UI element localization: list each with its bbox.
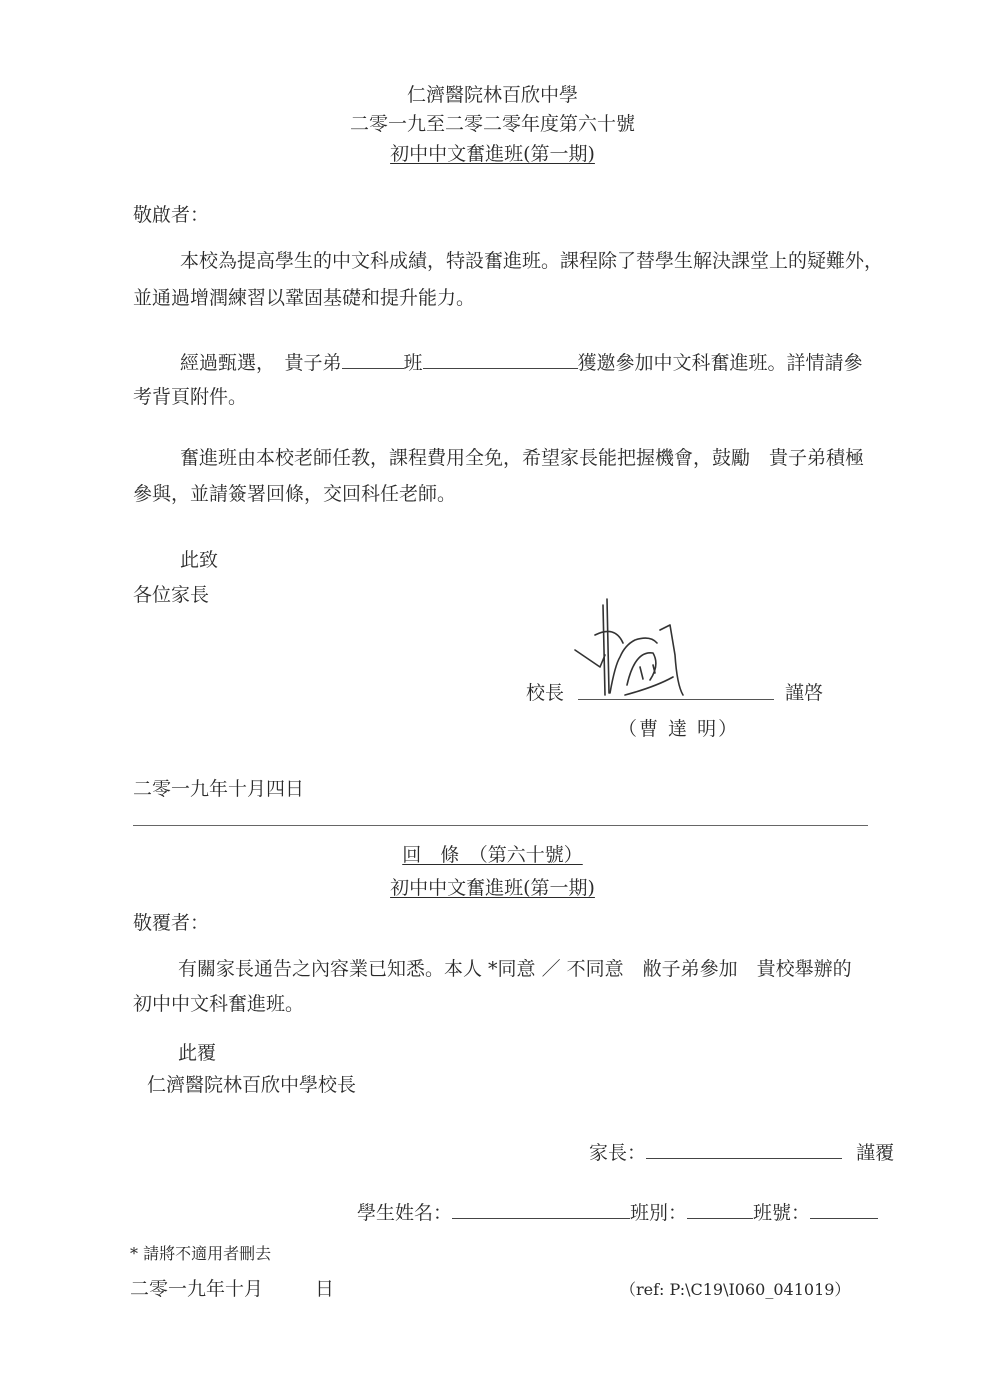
section-divider xyxy=(133,825,868,826)
notice-title-text: 初中中文奮進班(第一期) xyxy=(390,143,595,165)
letter-closing: 此致 xyxy=(180,549,218,571)
class-blank xyxy=(342,350,404,369)
student-name-field[interactable] xyxy=(452,1200,630,1219)
student-info-row: 學生姓名：班別：班號： xyxy=(357,1200,878,1224)
paragraph3-line2: 參與，並請簽署回條，交回科任老師。 xyxy=(133,483,456,505)
class-label: 班 xyxy=(404,352,423,374)
paragraph1-line1: 本校為提高學生的中文科成績，特設奮進班。課程除了替學生解決課堂上的疑難外， xyxy=(180,250,883,272)
reference-code: （ref: P:\C19\I060_041019） xyxy=(620,1277,850,1300)
reply-date-day: 日 xyxy=(315,1278,334,1300)
paragraph3-line1: 奮進班由本校老師任教，課程費用全免，希望家長能把握機會，鼓勵 貴子弟積極 xyxy=(180,447,864,469)
reply-closing: 此覆 xyxy=(178,1042,216,1064)
class-label: 班別： xyxy=(630,1202,687,1224)
reply-slip-subtitle-text: 初中中文奮進班(第一期) xyxy=(390,877,595,899)
reply-body-line2: 初中中文科奮進班。 xyxy=(133,993,304,1015)
notice-number: 二零一九至二零二零年度第六十號 xyxy=(0,113,985,135)
letter-date: 二零一九年十月四日 xyxy=(133,778,304,800)
paragraph2-part2: 獲邀參加中文科奮進班。詳情請參 xyxy=(578,352,863,374)
reply-body-line1: 有關家長通告之內容業已知悉。本人 *同意 ／ 不同意 敝子弟參加 貴校舉辦的 xyxy=(178,958,852,980)
reply-date: 二零一九年十月日 xyxy=(130,1278,334,1300)
parent-label: 家長： xyxy=(589,1142,646,1164)
paragraph2-line2: 考背頁附件。 xyxy=(133,386,247,408)
student-name-label: 學生姓名： xyxy=(357,1202,452,1224)
paragraph1-line2: 並通過增潤練習以鞏固基礎和提升能力。 xyxy=(133,287,475,309)
principal-closing: 謹啓 xyxy=(785,682,823,704)
school-name: 仁濟醫院林百欣中學 xyxy=(0,84,985,106)
class-field[interactable] xyxy=(687,1200,753,1219)
class-number-field[interactable] xyxy=(810,1200,878,1219)
reply-salutation: 敬覆者： xyxy=(133,912,209,934)
parent-closing: 謹覆 xyxy=(856,1142,894,1164)
reply-recipient: 仁濟醫院林百欣中學校長 xyxy=(147,1074,356,1096)
paragraph2-line1: 經過甄選， 貴子弟班獲邀參加中文科奮進班。詳情請參 xyxy=(180,350,863,374)
principal-name: （曹 達 明） xyxy=(618,718,739,740)
letter-salutation: 敬啟者： xyxy=(133,204,209,226)
principal-label: 校長 xyxy=(526,682,564,704)
letter-recipient: 各位家長 xyxy=(133,584,209,606)
footnote: * 請將不適用者刪去 xyxy=(130,1241,271,1264)
reply-slip-title: 回 條 （第六十號） xyxy=(0,844,985,866)
principal-signature-icon xyxy=(565,595,725,705)
parent-signature-field[interactable] xyxy=(646,1140,842,1159)
reply-slip-subtitle: 初中中文奮進班(第一期) xyxy=(0,877,985,899)
reply-date-prefix: 二零一九年十月 xyxy=(130,1278,263,1300)
student-name-blank xyxy=(423,350,578,369)
class-number-label: 班號： xyxy=(753,1202,810,1224)
notice-title: 初中中文奮進班(第一期) xyxy=(0,143,985,165)
paragraph2-part1: 經過甄選， 貴子弟 xyxy=(180,352,342,374)
parent-signature-row: 家長： 謹覆 xyxy=(589,1140,894,1164)
reply-slip-title-text: 回 條 （第六十號） xyxy=(402,844,583,866)
